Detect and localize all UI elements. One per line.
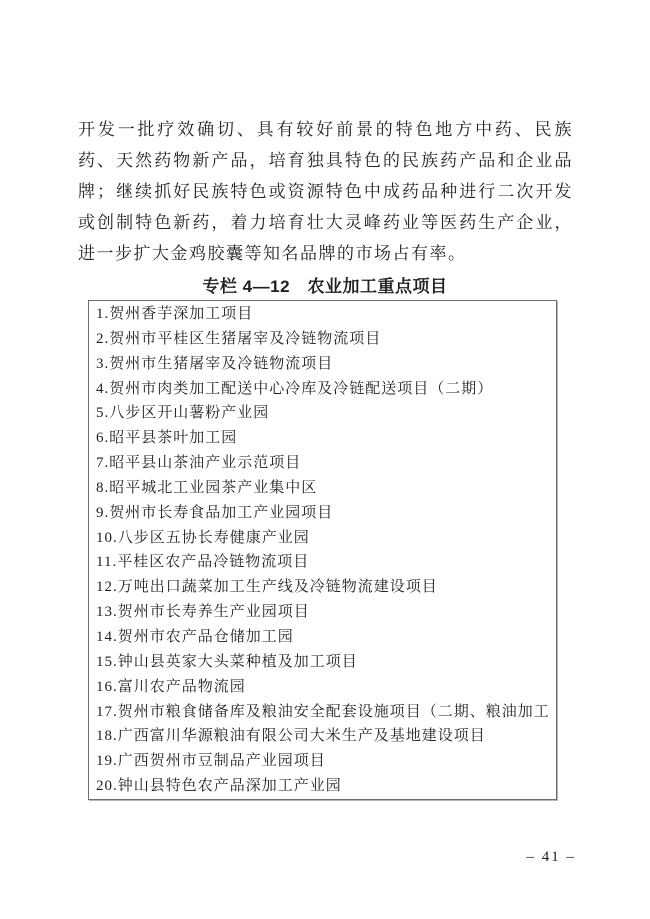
- project-list-item: 1.贺州香芋深加工项目: [96, 302, 550, 327]
- callout-box-title: 专栏 4—12 农业加工重点项目: [0, 272, 650, 297]
- project-list-item: 17.贺州市粮食储备库及粮油安全配套设施项目（二期、粮油加工）: [96, 700, 550, 725]
- project-list-item: 3.贺州市生猪屠宰及冷链物流项目: [96, 352, 550, 377]
- project-list-item: 11.平桂区农产品冷链物流项目: [96, 550, 550, 575]
- project-list-item: 9.贺州市长寿食品加工产业园项目: [96, 501, 550, 526]
- project-list-item: 13.贺州市长寿养生产业园项目: [96, 600, 550, 625]
- project-list-item: 7.昭平县山茶油产业示范项目: [96, 451, 550, 476]
- project-list-item: 8.昭平城北工业园茶产业集中区: [96, 476, 550, 501]
- project-list-item: 19.广西贺州市豆制品产业园项目: [96, 749, 550, 774]
- project-list-item: 18.广西富川华源粮油有限公司大米生产及基地建设项目: [96, 724, 550, 749]
- project-list-item: 5.八步区开山薯粉产业园: [96, 401, 550, 426]
- project-list-item: 16.富川农产品物流园: [96, 675, 550, 700]
- project-list-item: 6.昭平县茶叶加工园: [96, 426, 550, 451]
- callout-box: 1.贺州香芋深加工项目 2.贺州市平桂区生猪屠宰及冷链物流项目 3.贺州市生猪屠…: [88, 300, 557, 800]
- body-paragraph: 开发一批疗效确切、具有较好前景的特色地方中药、民族药、天然药物新产品，培育独具特…: [78, 114, 573, 269]
- project-list-item: 14.贺州市农产品仓储加工园: [96, 625, 550, 650]
- project-list-item: 20.钟山县特色农产品深加工产业园: [96, 774, 550, 799]
- document-page: 开发一批疗效确切、具有较好前景的特色地方中药、民族药、天然药物新产品，培育独具特…: [0, 0, 650, 919]
- project-list-item: 2.贺州市平桂区生猪屠宰及冷链物流项目: [96, 327, 550, 352]
- project-list-item: 10.八步区五协长寿健康产业园: [96, 526, 550, 551]
- project-list-item: 4.贺州市肉类加工配送中心冷库及冷链配送项目（二期）: [96, 377, 550, 402]
- project-list-item: 15.钟山县英家大头菜种植及加工项目: [96, 650, 550, 675]
- page-number: – 41 –: [527, 849, 577, 866]
- project-list-item: 12.万吨出口蔬菜加工生产线及冷链物流建设项目: [96, 575, 550, 600]
